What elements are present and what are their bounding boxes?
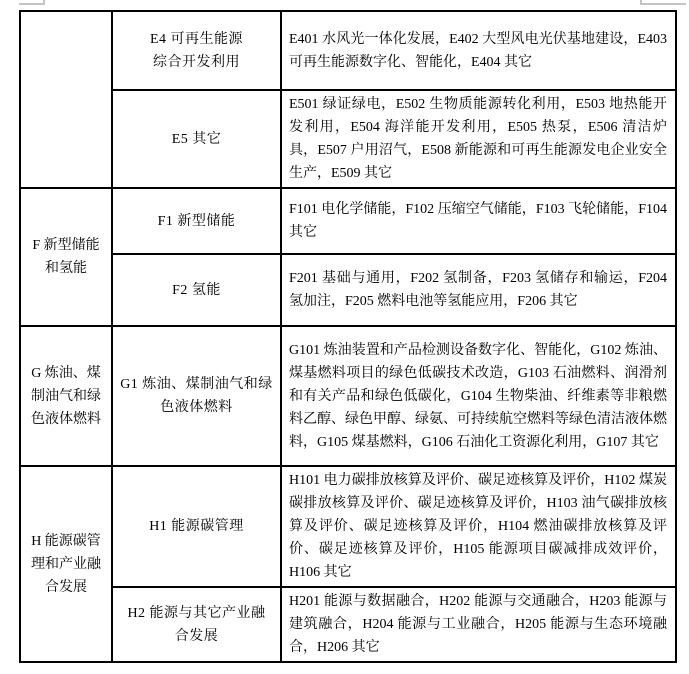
document-page: E4 可再生能源 综合开发利用 E401 水风光一体化发展，E402 大型风电光…: [0, 0, 689, 674]
table-row: E5 其它 E501 绿证绿电，E502 生物质能源转化利用，E503 地热能开…: [20, 90, 676, 188]
top-right-gridline-artifact: [640, 3, 686, 5]
table-row: H 能源碳管 理和产业融 合发展 H1 能源碳管理 H101 电力碳排放核算及评…: [20, 466, 676, 587]
group-cell-g: G 炼油、煤 制油气和绿 色液体燃料: [20, 326, 112, 466]
group-cell-e: [20, 11, 112, 188]
subcategory-cell-e5: E5 其它: [112, 90, 281, 188]
group-cell-h: H 能源碳管 理和产业融 合发展: [20, 466, 112, 662]
top-left-gridline-artifact-vertical: [43, 0, 45, 5]
items-cell-f2: F201 基础与通用，F202 氢制备，F203 氢储存和输运，F204 氢加注…: [281, 254, 676, 326]
subcategory-cell-g1: G1 炼油、煤制油气和绿 色液体燃料: [112, 326, 281, 466]
items-cell-h2: H201 能源与数据融合，H202 能源与交通融合，H203 能源与建筑融合，H…: [281, 587, 676, 662]
items-cell-f1: F101 电化学储能，F102 压缩空气储能，F103 飞轮储能，F104 其它: [281, 188, 676, 254]
top-left-gridline-artifact: [19, 3, 45, 5]
items-cell-e4: E401 水风光一体化发展，E402 大型风电光伏基地建设，E403 可再生能源…: [281, 11, 676, 90]
subcategory-cell-f1: F1 新型储能: [112, 188, 281, 254]
group-cell-f: F 新型储能 和氢能: [20, 188, 112, 326]
table-row: F 新型储能 和氢能 F1 新型储能 F101 电化学储能，F102 压缩空气储…: [20, 188, 676, 254]
table-row: G 炼油、煤 制油气和绿 色液体燃料 G1 炼油、煤制油气和绿 色液体燃料 G1…: [20, 326, 676, 466]
table-row: E4 可再生能源 综合开发利用 E401 水风光一体化发展，E402 大型风电光…: [20, 11, 676, 90]
subcategory-cell-f2: F2 氢能: [112, 254, 281, 326]
table-row: F2 氢能 F201 基础与通用，F202 氢制备，F203 氢储存和输运，F2…: [20, 254, 676, 326]
items-cell-h1: H101 电力碳排放核算及评价、碳足迹核算及评价，H102 煤炭碳排放核算及评价…: [281, 466, 676, 587]
subcategory-cell-e4: E4 可再生能源 综合开发利用: [112, 11, 281, 90]
items-cell-g1: G101 炼油装置和产品检测设备数字化、智能化，G102 炼油、煤基燃料项目的绿…: [281, 326, 676, 466]
table-row: H2 能源与其它产业融 合发展 H201 能源与数据融合，H202 能源与交通融…: [20, 587, 676, 662]
subcategory-cell-h1: H1 能源碳管理: [112, 466, 281, 587]
items-cell-e5: E501 绿证绿电，E502 生物质能源转化利用，E503 地热能开发利用，E5…: [281, 90, 676, 188]
subcategory-cell-h2: H2 能源与其它产业融 合发展: [112, 587, 281, 662]
energy-classification-table: E4 可再生能源 综合开发利用 E401 水风光一体化发展，E402 大型风电光…: [19, 10, 677, 663]
